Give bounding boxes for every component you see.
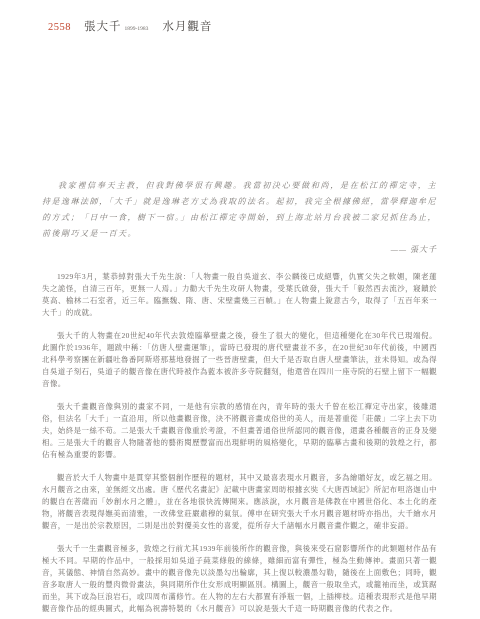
essay-paragraph-3: 張大千畫觀音像與別的畫家不同，一是他有宗教的感情在內，青年時的張大千曾在松江禪定… [42,401,437,461]
artist-quote-block: 我家裡信奉天主教，但我對佛學很有興趣。我當初決心要做和尚，是在松江的禪定寺，主持… [42,178,437,255]
lot-number: 2558 [48,22,71,33]
catalog-essay: 1929年3月，葉恭綽對張大千先生說：「人物畫一般自吳道玄、李公麟後已成絕響，仇… [42,271,437,615]
lot-header: 2558 張大千 1899-1983 水月觀音 [48,18,437,34]
essay-paragraph-1: 1929年3月，葉恭綽對張大千先生說：「人物畫一般自吳道玄、李公麟後已成絕響，仇… [42,271,437,319]
artist-name: 張大千 [84,18,122,34]
lot-title: 水月觀音 [162,18,212,34]
catalog-page: 2558 張大千 1899-1983 水月觀音 我家裡信奉天主教，但我對佛學很有… [0,0,480,619]
essay-paragraph-5: 張大千一生畫觀音極多，敦煌之行前尤其1939年前後所作的觀音像，與後來受石窟影響… [42,543,437,615]
artist-dates: 1899-1983 [125,26,149,32]
artist-quote-attribution: —— 張大千 [42,244,437,255]
essay-paragraph-4: 觀音於大千人物畫中是貫穿其整個創作歷程的題材，其中又最喜表現水月觀音，多為繪贈好… [42,472,437,532]
essay-paragraph-2: 張大千的人物畫在20世紀40年代去敦煌臨摹壁畫之後，發生了很大的變化，但這種變化… [42,330,437,390]
artist-quote-text: 我家裡信奉天主教，但我對佛學很有興趣。我當初決心要做和尚，是在松江的禪定寺，主持… [42,178,437,242]
